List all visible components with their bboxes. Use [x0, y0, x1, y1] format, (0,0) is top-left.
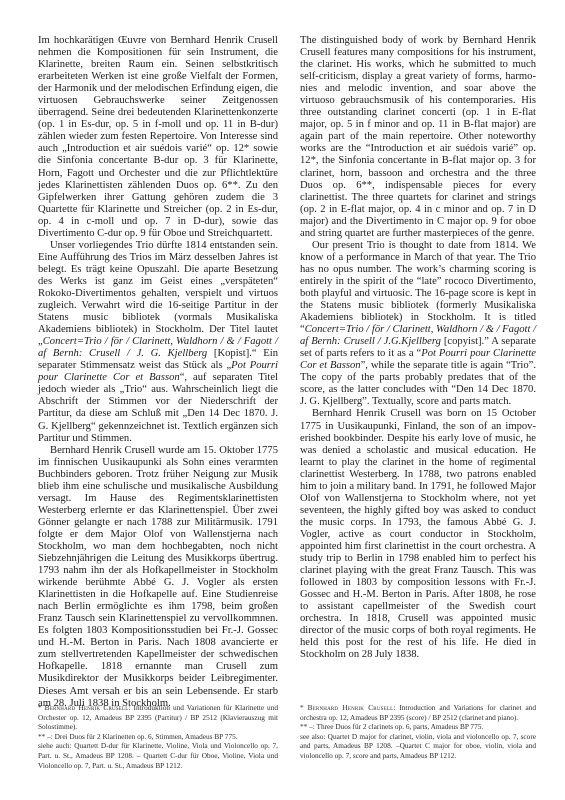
text-run: Our present Trio is thought to date from…	[300, 240, 536, 335]
footnote: * Bernhard Henrik Crusell: Introduktion …	[38, 703, 278, 732]
footnote: siehe auch: Quartett D-dur für Klarinett…	[38, 741, 278, 770]
english-text-column: The distinguished body of work by Bernha…	[300, 35, 536, 661]
german-text-column: Im hochkarätigen Œuvre von Bernhard Henr…	[38, 35, 278, 710]
paragraph: The distinguished body of work by Bernha…	[300, 35, 536, 240]
footnote: see also: Quartet D major for clarinet, …	[300, 732, 536, 761]
footnote: ** –: Three Duos für 2 clarinets op. 6, …	[300, 722, 536, 732]
paragraph: Our present Trio is thought to date from…	[300, 240, 536, 409]
composer-name: Bernhard Henrik Crusell	[308, 703, 394, 712]
german-footnotes: * Bernhard Henrik Crusell: Introduktion …	[38, 703, 278, 770]
footnote: * Bernhard Henrik Crusell: Introduction …	[300, 703, 536, 722]
paragraph: Bernhard Henrik Crusell wurde am 15. Okt…	[38, 445, 278, 710]
footnote: ** –: Drei Duos für 2 Klarinetten op. 6,…	[38, 732, 278, 742]
paragraph: Unser vorliegendes Trio dürfte 1814 ents…	[38, 240, 278, 445]
text-run: ** –: Three Duos für 2 clarinets op. 6, …	[300, 722, 483, 731]
paragraph: Bernhard Henrik Crusell was born on 15 O…	[300, 408, 536, 661]
text-run: Bernhard Henrik Crusell wurde am 15. Okt…	[38, 445, 278, 709]
text-run: ** –: Drei Duos für 2 Klarinetten op. 6,…	[38, 732, 238, 741]
paragraph: Im hochkarätigen Œuvre von Bernhard Henr…	[38, 35, 278, 240]
text-run: *	[300, 703, 308, 712]
composer-name: Bernhard Henrik Crusell	[45, 703, 129, 712]
text-run: The distinguished body of work by Bernha…	[300, 35, 536, 239]
english-footnotes: * Bernhard Henrik Crusell: Introduction …	[300, 703, 536, 761]
text-run: *	[38, 703, 45, 712]
document-page: Im hochkarätigen Œuvre von Bernhard Henr…	[0, 0, 565, 800]
text-run: see also: Quartet D major for clarinet, …	[300, 732, 536, 760]
text-run: siehe auch: Quartett D-dur für Klarinett…	[38, 741, 278, 769]
text-run: Im hochkarätigen Œuvre von Bernhard Henr…	[38, 35, 278, 239]
text-run: Bernhard Henrik Crusell was born on 15 O…	[300, 408, 536, 660]
text-run: Unser vorliegendes Trio dürfte 1814 ents…	[38, 240, 278, 347]
